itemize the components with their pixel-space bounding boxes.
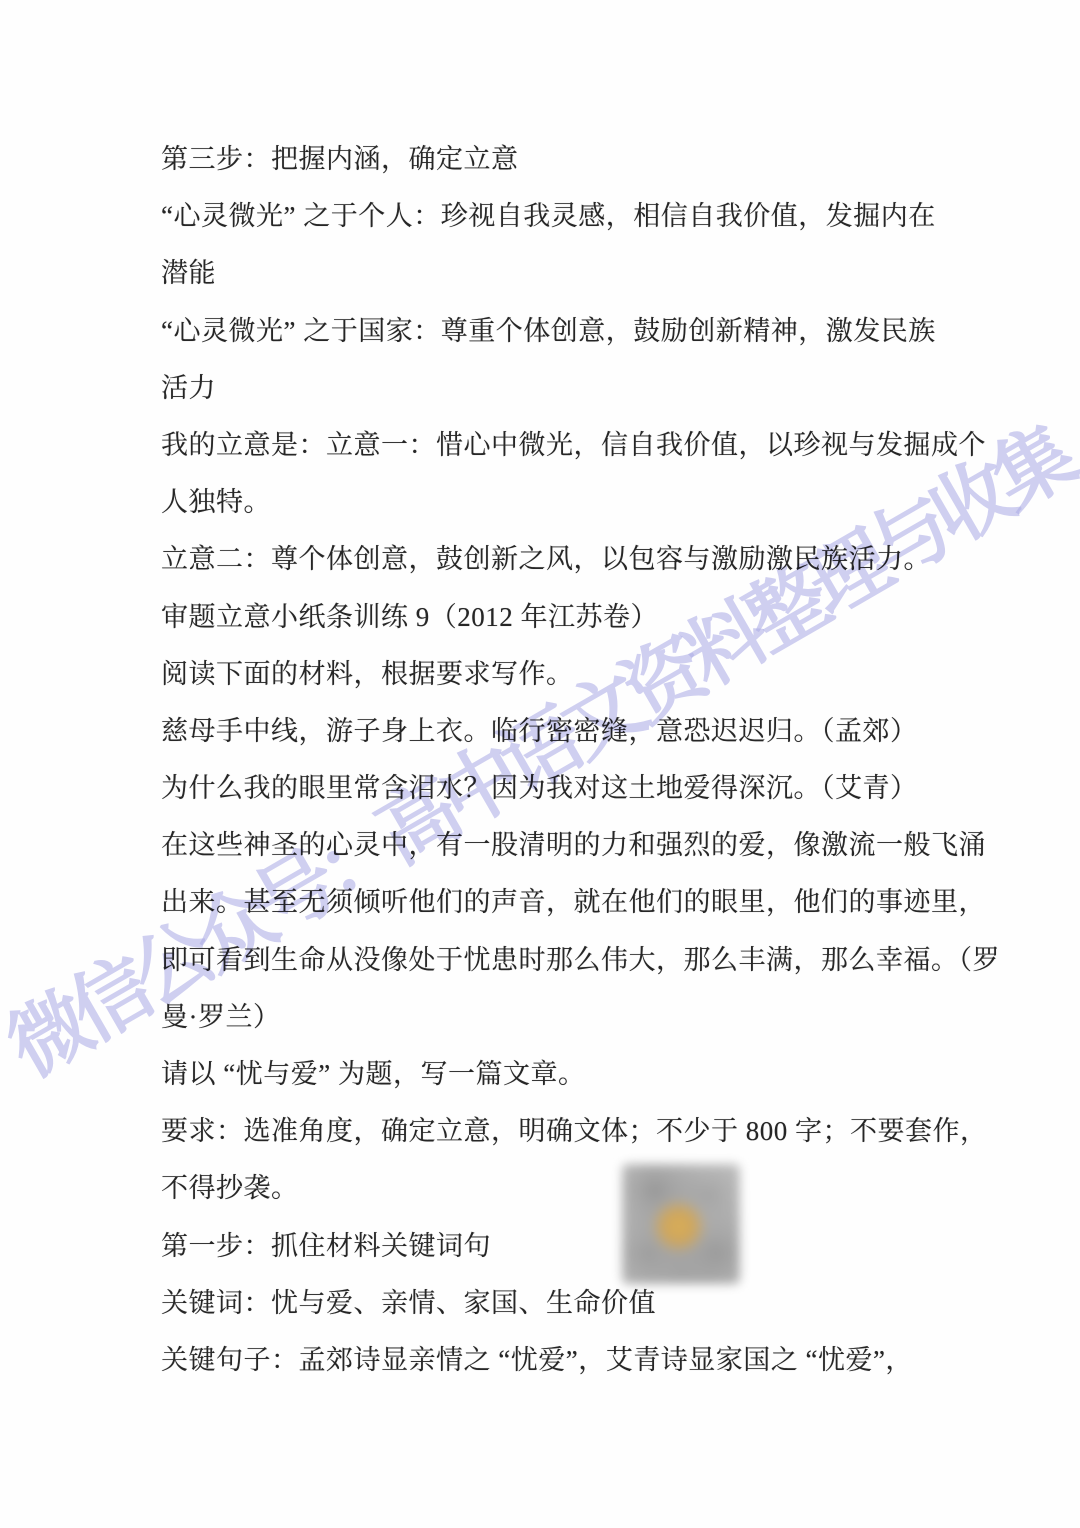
scanned-document-page: 第三步：把握内涵，确定立意 “心灵微光” 之于个人：珍视自我灵感，相信自我价值，… — [0, 0, 1080, 1528]
document-body-text: 第三步：把握内涵，确定立意 “心灵微光” 之于个人：珍视自我灵感，相信自我价值，… — [161, 131, 1001, 1389]
text-line: 为什么我的眼里常含泪水？因为我对这土地爱得深沉。（艾青） — [161, 760, 1001, 817]
text-line: 出来。甚至无须倾听他们的声音，就在他们的眼里，他们的事迹里， — [161, 874, 1001, 931]
text-line: 关键句子：孟郊诗显亲情之 “忧爱”，艾青诗显家国之 “忧爱”， — [161, 1332, 1001, 1389]
text-line: 活力 — [161, 360, 1001, 417]
text-line: 我的立意是：立意一：惜心中微光，信自我价值，以珍视与发掘成个 — [161, 417, 1001, 474]
text-line: 即可看到生命从没像处于忧患时那么伟大，那么丰满，那么幸福。（罗 — [161, 932, 1001, 989]
text-line: “心灵微光” 之于国家：尊重个体创意，鼓励创新精神，激发民族 — [161, 303, 1001, 360]
text-line: 慈母手中线，游子身上衣。临行密密缝，意恐迟迟归。（孟郊） — [161, 703, 1001, 760]
text-line: “心灵微光” 之于个人：珍视自我灵感，相信自我价值，发掘内在 — [161, 188, 1001, 245]
blurred-stamp-image — [622, 1164, 740, 1284]
text-line: 人独特。 — [161, 474, 1001, 531]
text-line: 审题立意小纸条训练 9（2012 年江苏卷） — [161, 589, 1001, 646]
text-line: 在这些神圣的心灵中，有一股清明的力和强烈的爱，像激流一般飞涌 — [161, 817, 1001, 874]
text-line: 第一步：抓住材料关键词句 — [161, 1218, 1001, 1275]
text-line: 第三步：把握内涵，确定立意 — [161, 131, 1001, 188]
text-line: 要求：选准角度，确定立意，明确文体；不少于 800 字；不要套作， — [161, 1103, 1001, 1160]
text-line: 关键词：忧与爱、亲情、家国、生命价值 — [161, 1275, 1001, 1332]
text-line: 阅读下面的材料，根据要求写作。 — [161, 646, 1001, 703]
text-line: 潜能 — [161, 245, 1001, 302]
text-line: 曼·罗兰） — [161, 989, 1001, 1046]
text-line: 不得抄袭。 — [161, 1160, 1001, 1217]
text-line: 立意二：尊个体创意，鼓创新之风，以包容与激励激民族活力。 — [161, 531, 1001, 588]
text-line: 请以 “忧与爱” 为题，写一篇文章。 — [161, 1046, 1001, 1103]
